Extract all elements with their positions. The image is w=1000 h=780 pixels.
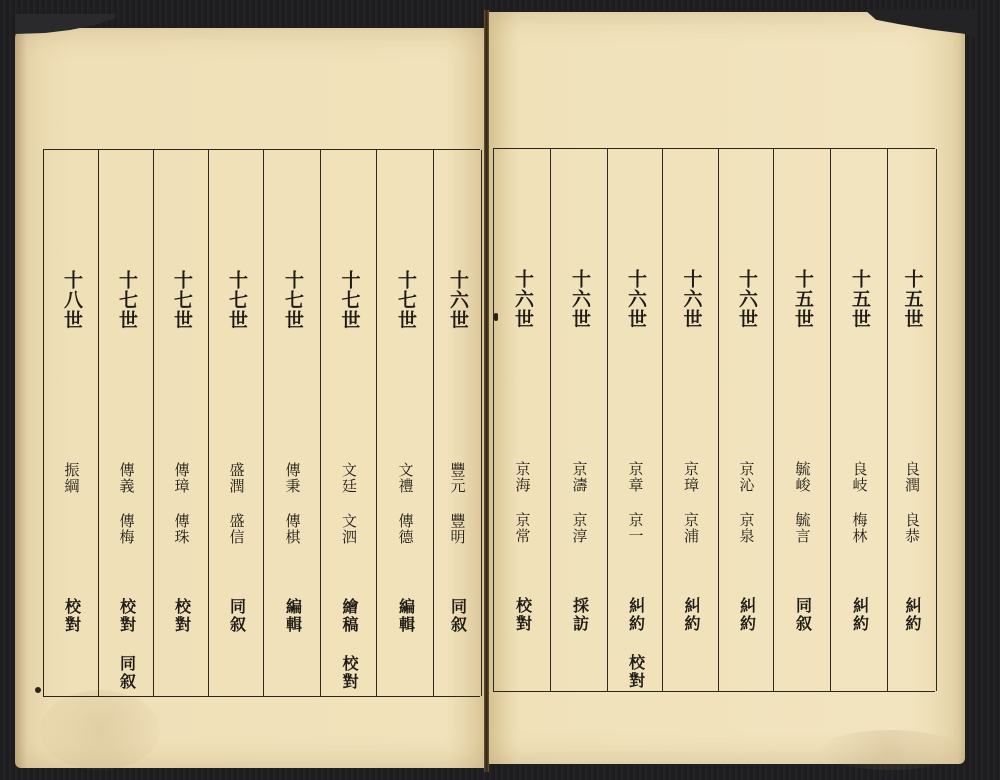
member-role: 同叙 [447, 598, 469, 634]
member-names: 京章 京一 [625, 461, 647, 544]
generation-label: 十六世 [737, 269, 756, 329]
member-names: 傳璋 傳珠 [171, 462, 193, 545]
roster-column: 十七世 傳義 傳梅 校對 同叙 [98, 150, 154, 696]
generation-label: 十七世 [340, 270, 359, 330]
right-page-table: 十六世 京海 京常 校對 十六世 京濤 京淳 採訪 十六世 京章 京一 糾約 校… [493, 148, 935, 692]
generation-label: 十五世 [903, 269, 922, 329]
roster-column: 十六世 京濤 京淳 採訪 [550, 149, 608, 691]
ink-dot [35, 687, 41, 693]
member-names: 毓峻 毓言 [792, 461, 814, 544]
roster-column: 十七世 傳秉 傳棋 編輯 [263, 150, 321, 696]
member-role: 校對 [171, 598, 193, 634]
roster-column: 十六世 京海 京常 校對 [493, 149, 551, 691]
member-role: 編輯 [282, 598, 304, 634]
left-page-table: 十八世 振綱 校對 十七世 傳義 傳梅 校對 同叙 十七世 傳璋 傳珠 校對 十… [43, 149, 480, 697]
generation-label: 十七世 [117, 270, 136, 330]
generation-label: 十七世 [283, 270, 302, 330]
generation-label: 十六世 [513, 269, 532, 329]
member-role: 繪稿 校對 [338, 598, 360, 691]
roster-column: 十五世 毓峻 毓言 同叙 [773, 149, 831, 691]
member-names: 良潤 良恭 [901, 461, 923, 544]
member-role: 糾約 [901, 597, 923, 633]
generation-label: 十六世 [448, 270, 467, 330]
member-names: 良岐 梅林 [849, 461, 871, 544]
member-role: 校對 同叙 [116, 598, 138, 691]
roster-column: 十六世 京章 京一 糾約 校對 [607, 149, 663, 691]
paper-stain [40, 690, 160, 770]
member-names: 京濤 京淳 [569, 461, 591, 544]
member-role: 糾約 [736, 597, 758, 633]
member-role: 編輯 [395, 598, 417, 634]
ink-mark [494, 313, 498, 321]
member-names: 盛潤 盛信 [226, 462, 248, 545]
member-role: 採訪 [569, 597, 591, 633]
member-role: 糾約 [849, 597, 871, 633]
generation-label: 十六世 [682, 269, 701, 329]
generation-label: 十六世 [626, 269, 645, 329]
member-role: 校對 [61, 598, 83, 634]
generation-label: 十五世 [793, 269, 812, 329]
generation-label: 十七世 [227, 270, 246, 330]
member-names: 京璋 京浦 [680, 461, 702, 544]
paper-stain [820, 730, 960, 770]
book-gutter [484, 10, 489, 772]
generation-label: 十六世 [570, 269, 589, 329]
member-role: 同叙 [792, 597, 814, 633]
member-role: 糾約 [680, 597, 702, 633]
generation-label: 十七世 [172, 270, 191, 330]
generation-label: 十八世 [62, 270, 81, 330]
member-role: 糾約 校對 [625, 597, 647, 690]
member-names: 豐元 豐明 [447, 462, 469, 545]
member-names: 傳秉 傳棋 [282, 462, 304, 545]
roster-column: 十六世 京沁 京泉 糾約 [718, 149, 774, 691]
member-names: 文禮 傳德 [395, 462, 417, 545]
member-role: 校對 [512, 597, 534, 633]
roster-column: 十七世 盛潤 盛信 同叙 [208, 150, 264, 696]
roster-column: 十七世 文廷 文泗 繪稿 校對 [320, 150, 377, 696]
member-role: 同叙 [226, 598, 248, 634]
member-names: 京沁 京泉 [736, 461, 758, 544]
member-names: 京海 京常 [512, 461, 534, 544]
roster-column: 十六世 豐元 豐明 同叙 [433, 150, 482, 696]
roster-column: 十七世 傳璋 傳珠 校對 [153, 150, 209, 696]
generation-label: 十七世 [396, 270, 415, 330]
member-names: 文廷 文泗 [338, 462, 360, 545]
roster-column: 十五世 良潤 良恭 糾約 [887, 149, 937, 691]
roster-column: 十七世 文禮 傳德 編輯 [376, 150, 434, 696]
member-names: 傳義 傳梅 [116, 462, 138, 545]
roster-column: 十五世 良岐 梅林 糾約 [830, 149, 888, 691]
roster-column: 十六世 京璋 京浦 糾約 [662, 149, 719, 691]
member-names: 振綱 [61, 462, 83, 494]
generation-label: 十五世 [850, 269, 869, 329]
roster-column: 十八世 振綱 校對 [43, 150, 99, 696]
